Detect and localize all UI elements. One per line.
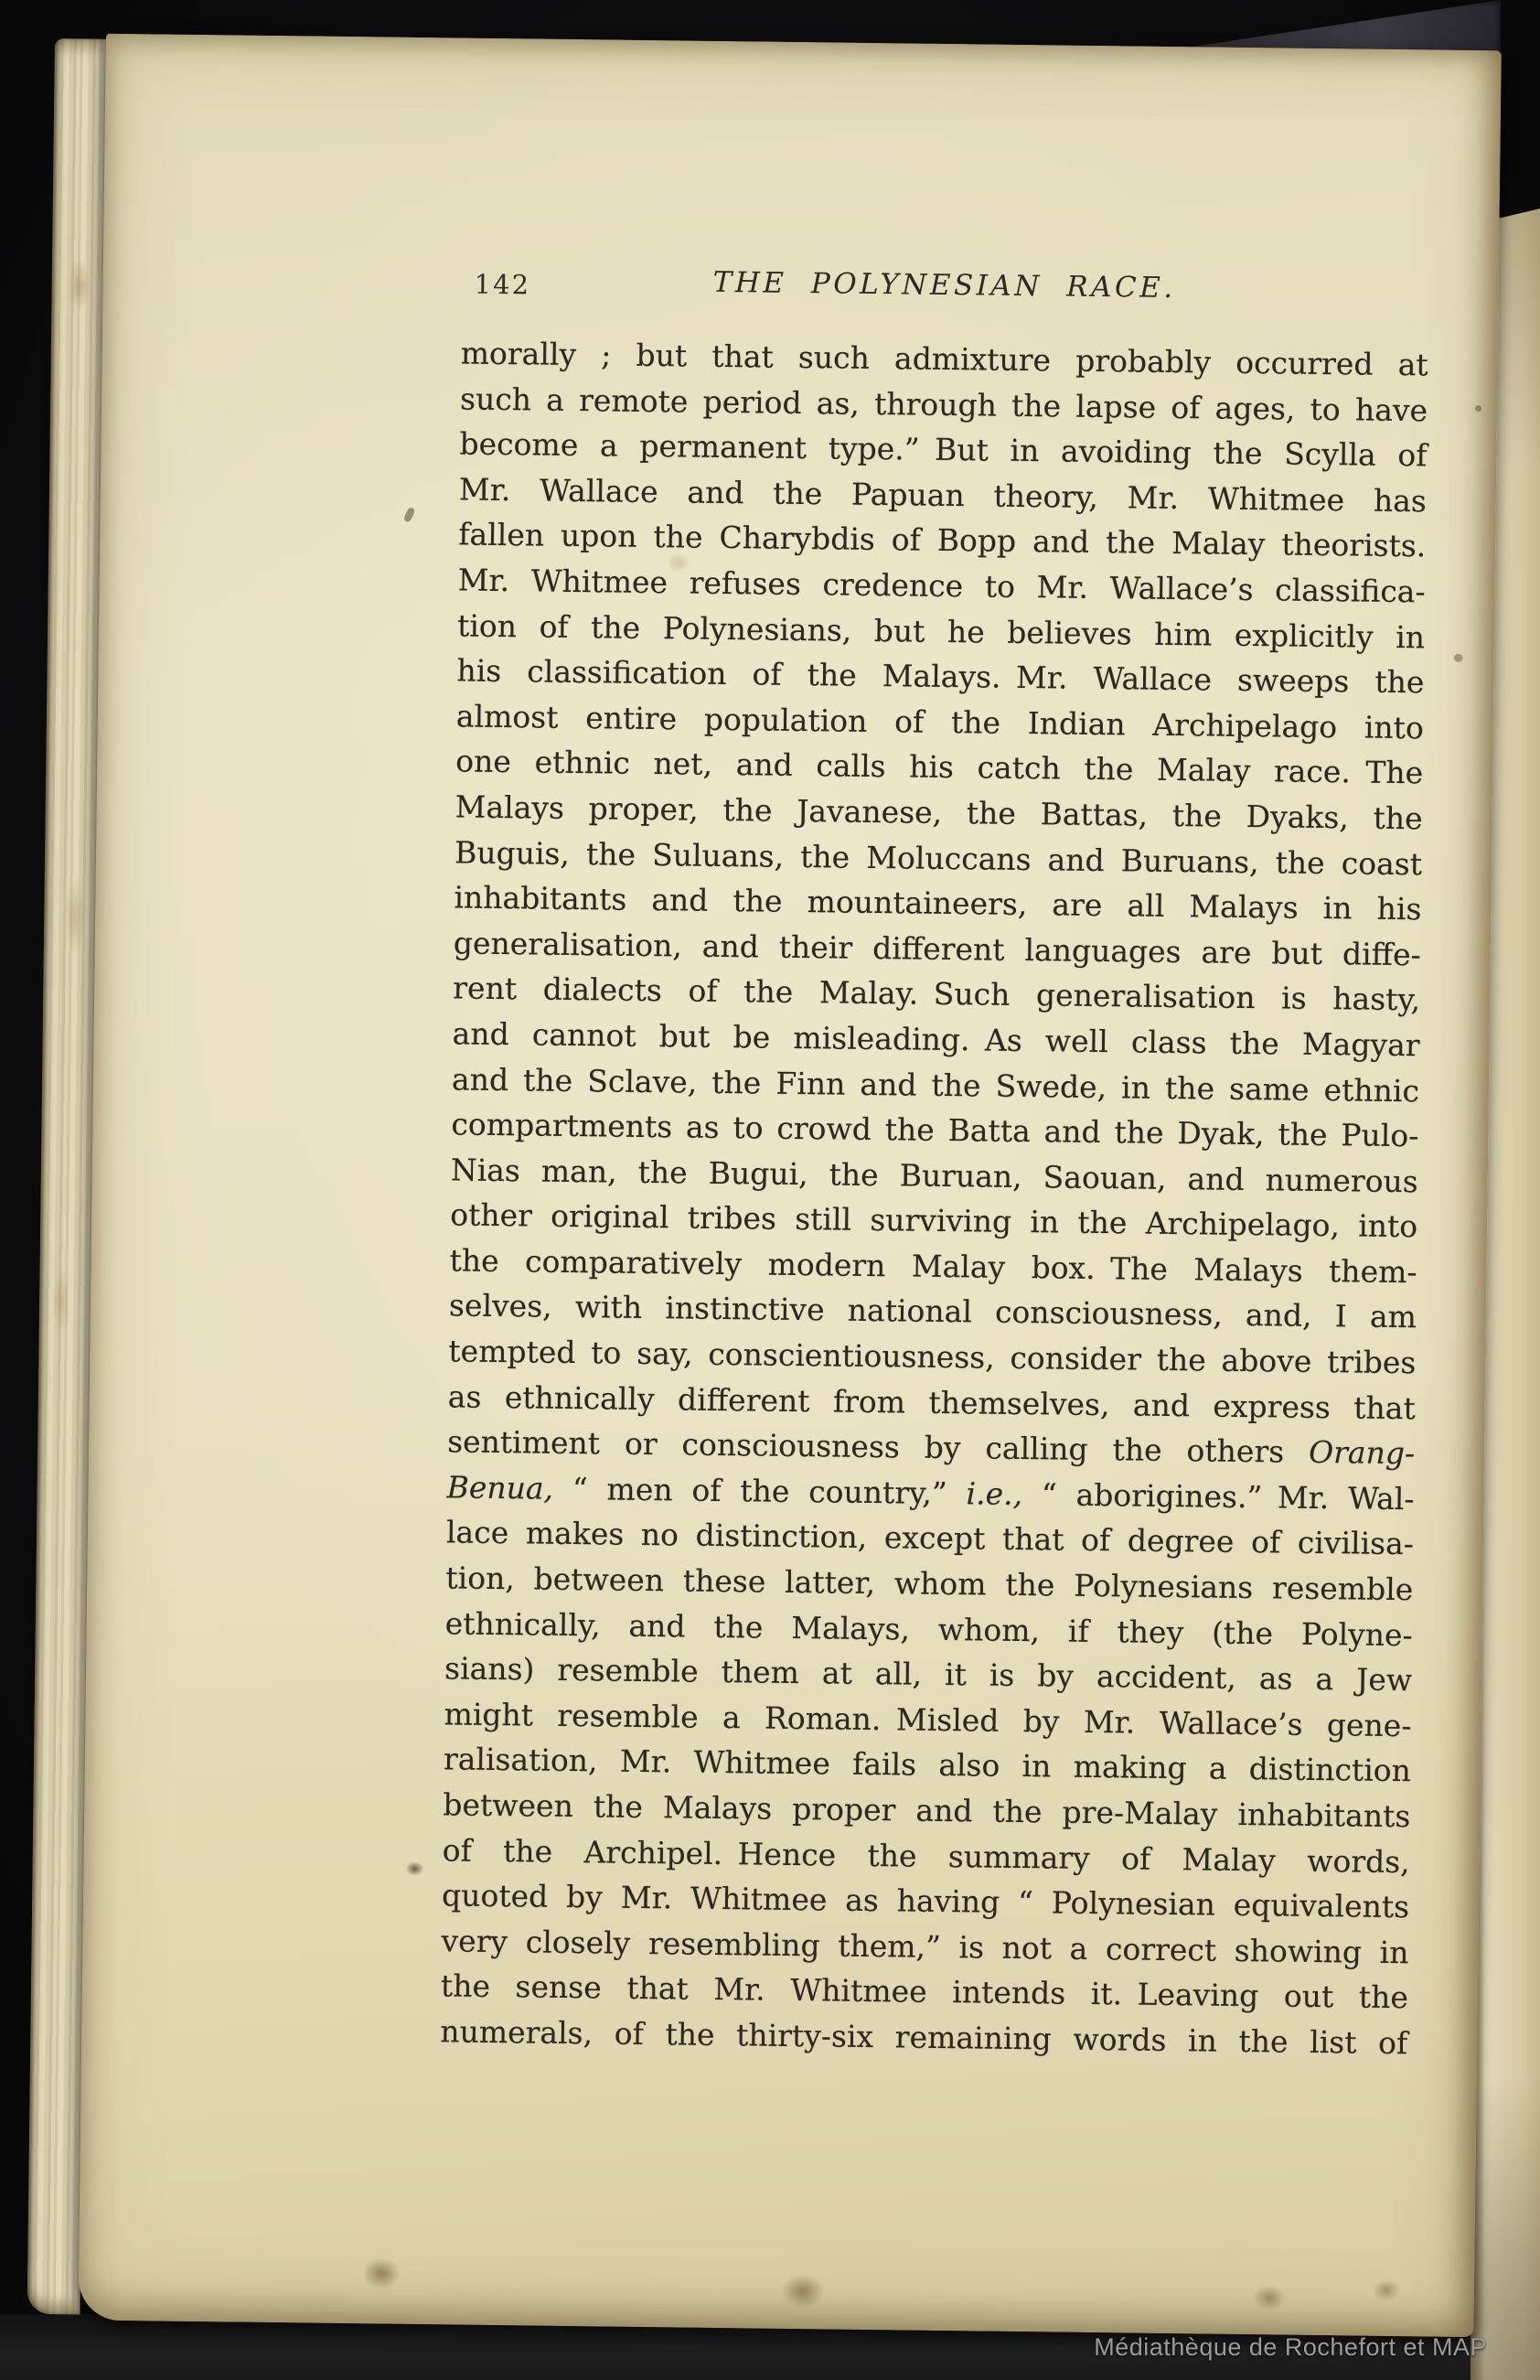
margin-mark <box>1475 405 1481 412</box>
body-text: morally ; but that such admixture probab… <box>440 330 1428 2065</box>
library-watermark: Médiathèque de Rochefort et MAP <box>1094 2333 1487 2362</box>
page-surface: 142 THE POLYNESIAN RACE. morally ; but t… <box>78 34 1501 2337</box>
foxing-stain <box>1253 2285 1286 2310</box>
page-header: 142 THE POLYNESIAN RACE. <box>461 263 1427 315</box>
foxing-stain <box>781 2274 825 2310</box>
margin-mark <box>1454 654 1463 662</box>
running-title: THE POLYNESIAN RACE. <box>462 263 1428 307</box>
margin-mark <box>403 507 416 523</box>
book-page: 142 THE POLYNESIAN RACE. morally ; but t… <box>27 33 1501 2337</box>
foxing-stain <box>362 2257 401 2289</box>
foxing-stain <box>1373 2279 1400 2301</box>
ink-spot <box>405 1861 423 1876</box>
